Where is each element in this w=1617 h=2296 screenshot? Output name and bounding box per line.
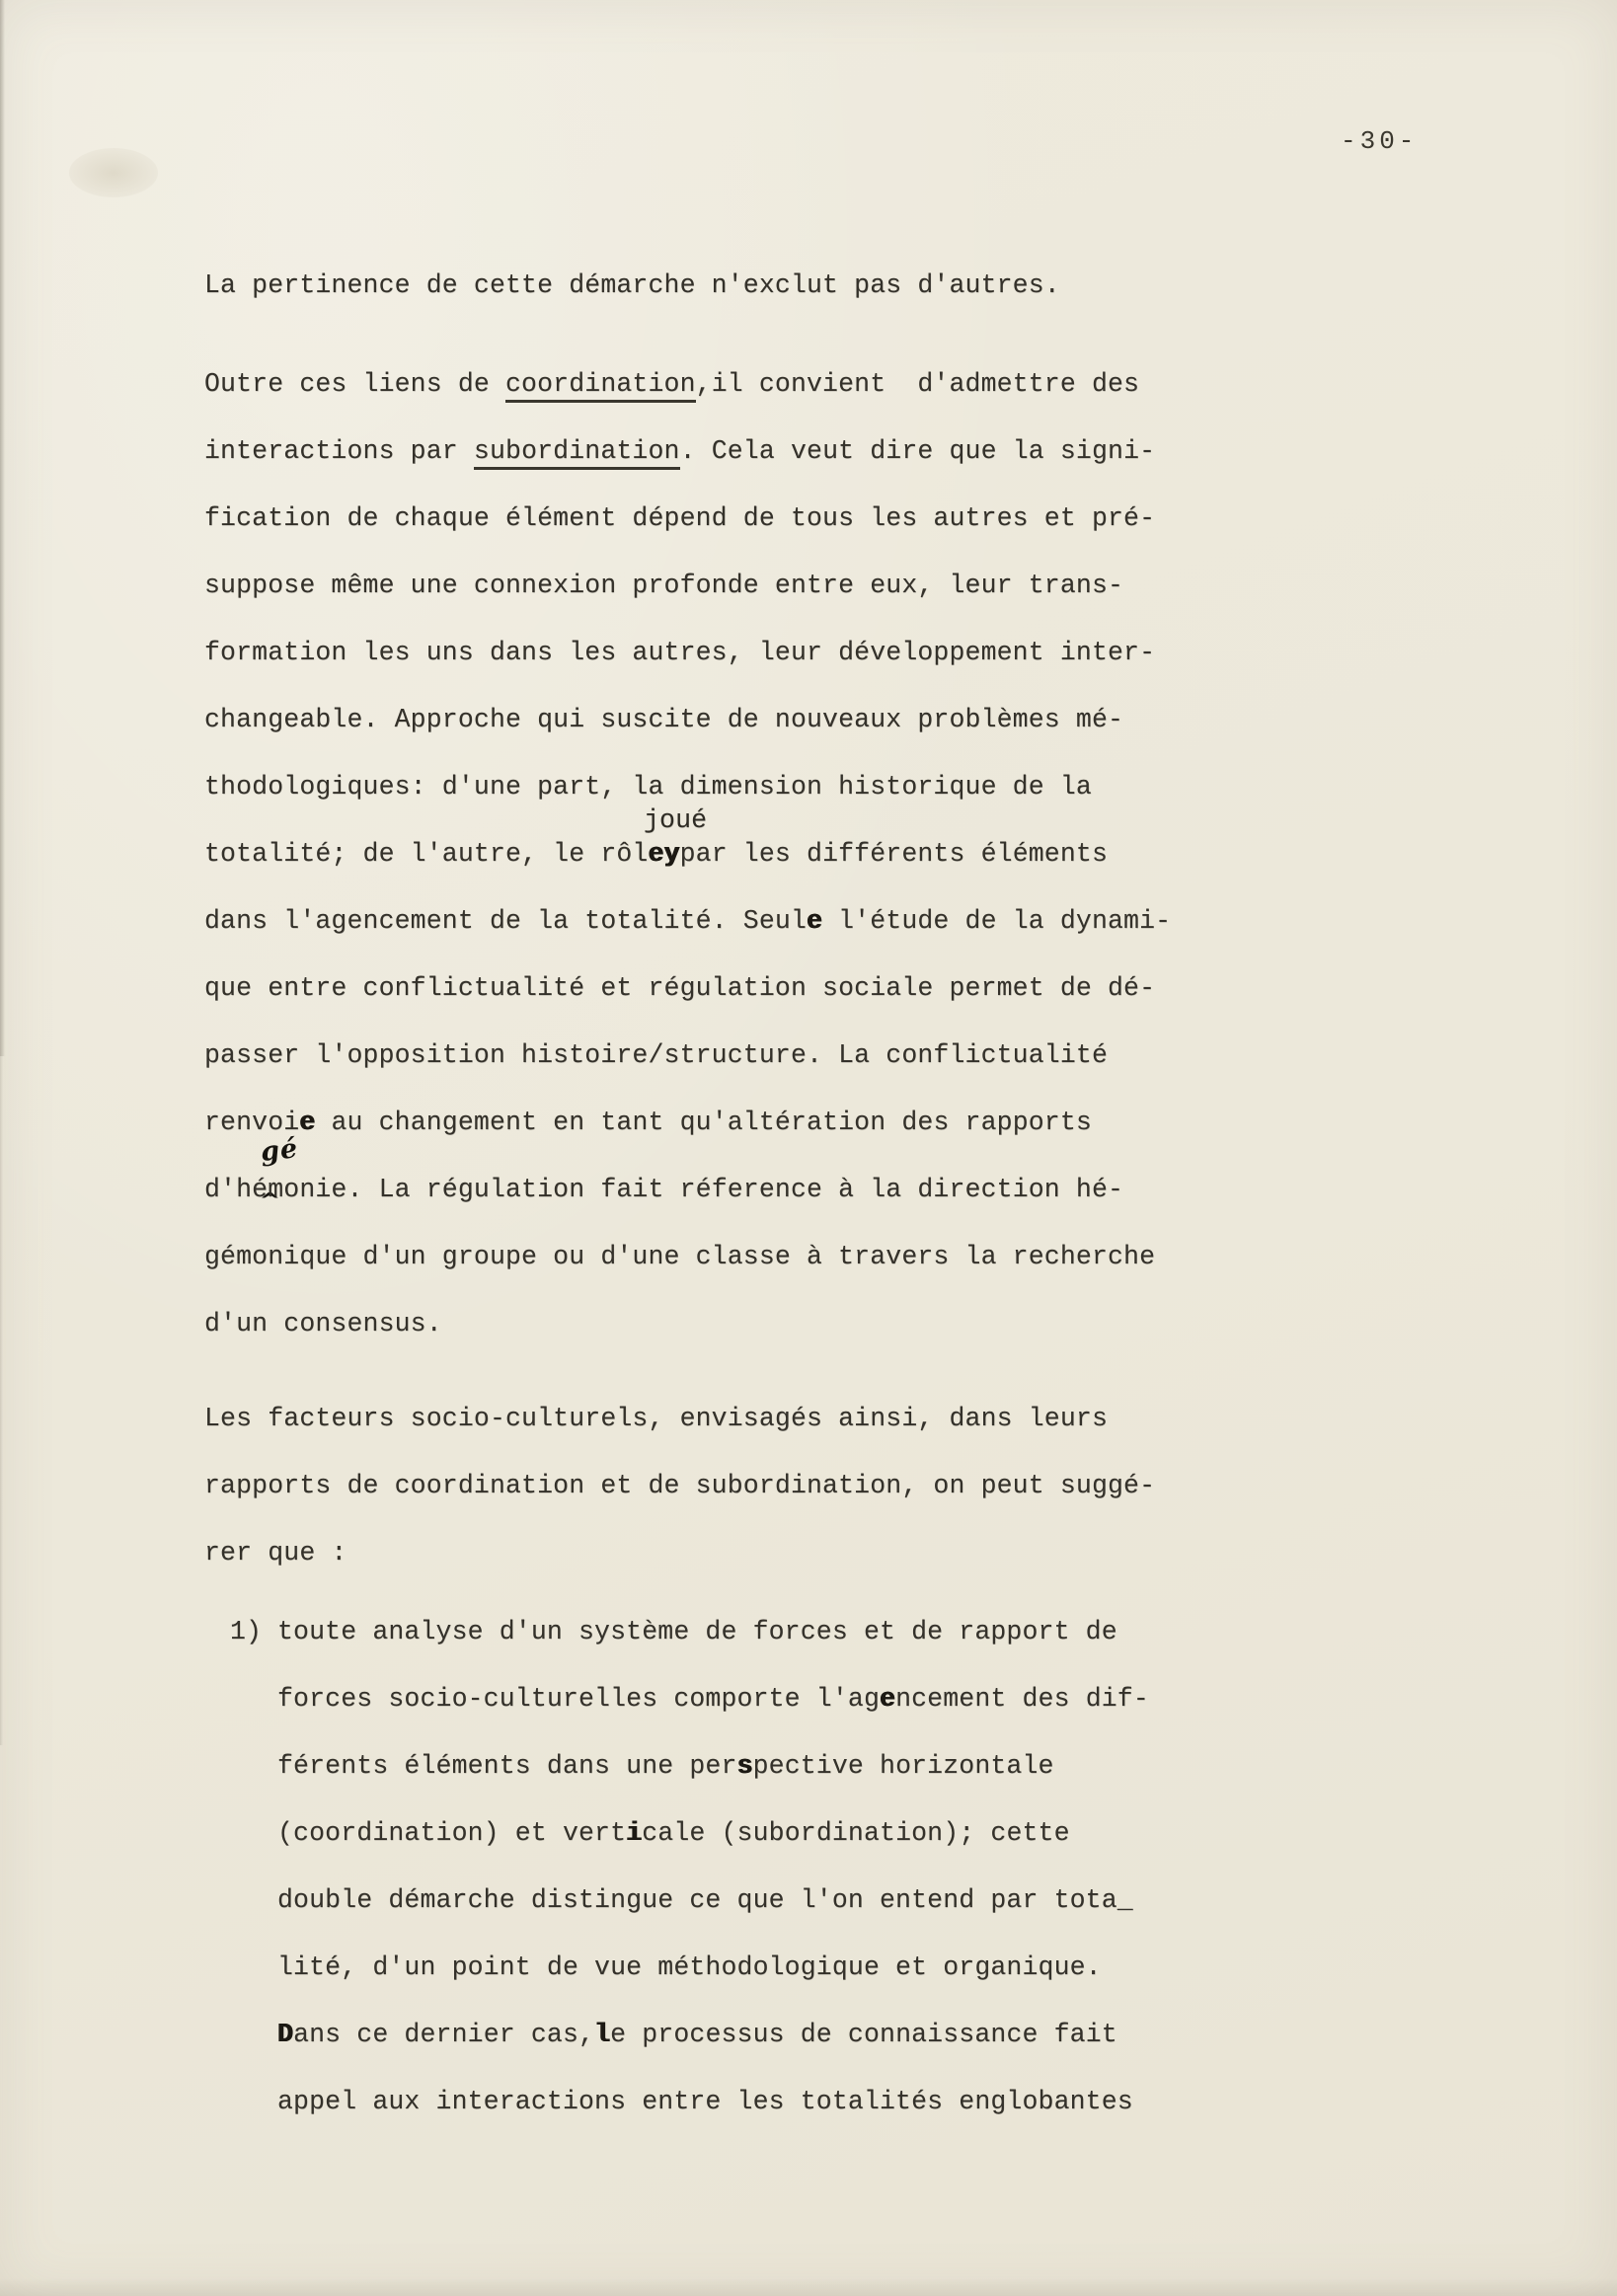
page-number: -30- <box>1341 126 1418 156</box>
line-segment: e processus de connaissance fait <box>610 2020 1117 2049</box>
line-segment: par les différents éléments <box>680 839 1108 869</box>
text-line: dans l'agencement de la totalité. Seule … <box>204 904 1171 938</box>
text-line: Les facteurs socio-culturels, envisagés … <box>204 1402 1108 1435</box>
text-line: que entre conflictualité et régulation s… <box>204 971 1155 1005</box>
overstrike-mark: i <box>626 1818 642 1848</box>
underlined-term: coordination <box>505 369 696 403</box>
text-line: totalité; de l'autre, le rôleypar les di… <box>204 837 1108 871</box>
line-segment: d'hé <box>204 1175 268 1204</box>
line-segment: interactions par <box>204 436 474 466</box>
overstrike-mark: e <box>880 1684 895 1714</box>
handwritten-correction: gé <box>259 1133 299 1168</box>
underlined-term: subordination <box>474 436 680 470</box>
list-item-marker: 1) <box>230 1615 262 1648</box>
overstrike-mark: D <box>277 2020 293 2049</box>
typed-insertion-above-line: joué <box>644 805 707 835</box>
line-segment: pective horizontale <box>753 1751 1054 1781</box>
line-segment: ,il convient d'admettre des <box>696 369 1139 399</box>
text-line: suppose même une connexion profonde entr… <box>204 569 1123 602</box>
overstrike-mark: l <box>594 2020 610 2049</box>
text-line: La pertinence de cette démarche n'exclut… <box>204 268 1060 302</box>
line-segment: ans ce dernier cas, <box>293 2020 594 2049</box>
text-line: férents éléments dans une perspective ho… <box>277 1749 1054 1783</box>
text-line: formation les uns dans les autres, leur … <box>204 636 1155 669</box>
overstrike-mark: e <box>299 1108 315 1137</box>
paper-smudge <box>69 148 158 197</box>
line-segment: monie. La régulation fait réference à la… <box>268 1175 1123 1204</box>
line-segment: . Cela veut dire que la signi- <box>680 436 1156 466</box>
overstrike-mark: ey <box>648 839 679 869</box>
line-segment: totalité; de l'autre, le rôl <box>204 839 648 869</box>
overstrike-mark: e <box>807 906 822 936</box>
text-line: thodologiques: d'une part, la dimension … <box>204 770 1092 804</box>
text-line: changeable. Approche qui suscite de nouv… <box>204 703 1123 736</box>
text-line: appel aux interactions entre les totalit… <box>277 2085 1133 2118</box>
overstrike-mark: s <box>737 1751 753 1781</box>
text-line: double démarche distingue ce que l'on en… <box>277 1883 1133 1917</box>
text-line: (coordination) et verticale (subordinati… <box>277 1816 1070 1850</box>
text-line: d'hémonie. La régulation fait réference … <box>204 1173 1123 1206</box>
line-segment: férents éléments dans une per <box>277 1751 737 1781</box>
line-segment: (coordination) et vert <box>277 1818 626 1848</box>
line-segment: cale (subordination); cette <box>642 1818 1069 1848</box>
text-line: d'un consensus. <box>204 1307 442 1340</box>
line-segment: forces socio-culturelles comporte l'ag <box>277 1684 880 1714</box>
line-segment: ncement des dif- <box>895 1684 1149 1714</box>
scan-edge-shadow <box>0 1056 3 1745</box>
text-line: forces socio-culturelles comporte l'agen… <box>277 1682 1149 1716</box>
line-segment: Outre ces liens de <box>204 369 505 399</box>
line-segment: dans l'agencement de la totalité. Seul <box>204 906 807 936</box>
text-line: interactions par subordination. Cela veu… <box>204 434 1155 468</box>
line-segment: l'étude de la dynami- <box>822 906 1171 936</box>
scan-edge-shadow <box>0 0 5 1056</box>
line-segment: au changement en tant qu'altération des … <box>315 1108 1092 1137</box>
text-line: toute analyse d'un système de forces et … <box>277 1615 1117 1648</box>
text-line: rapports de coordination et de subordina… <box>204 1469 1155 1502</box>
line-segment: renvoi <box>204 1108 299 1137</box>
text-line: rer que : <box>204 1536 346 1569</box>
text-line: passer l'opposition histoire/structure. … <box>204 1038 1108 1072</box>
text-line: Dans ce dernier cas,le processus de conn… <box>277 2018 1117 2051</box>
text-line: fication de chaque élément dépend de tou… <box>204 501 1155 535</box>
text-line: Outre ces liens de coordination,il convi… <box>204 367 1139 401</box>
scan-edge-shadow <box>0 2278 1617 2296</box>
document-page: -30- La pertinence de cette démarche n'e… <box>0 0 1617 2296</box>
text-line: gémonique d'un groupe ou d'une classe à … <box>204 1240 1155 1273</box>
text-line: lité, d'un point de vue méthodologique e… <box>277 1951 1102 1984</box>
text-line: renvoie au changement en tant qu'altérat… <box>204 1106 1092 1139</box>
